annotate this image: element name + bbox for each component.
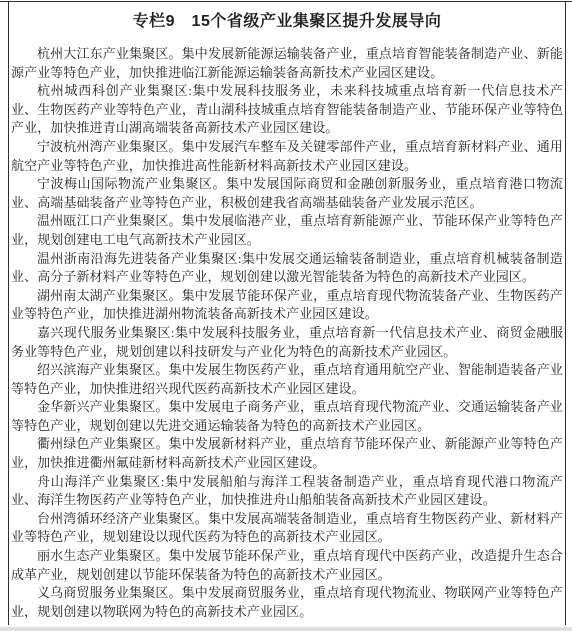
zone-paragraph: 金华新兴产业集聚区。集中发展电子商务产业，重点培育现代物流产业、交通运输装备产业… <box>11 398 563 435</box>
column-title: 专栏9 15个省级产业集聚区提升发展导向 <box>11 2 563 32</box>
zone-paragraph: 杭州城西科创产业集聚区:集中发展科技服务业，未来科技城重点培育新一代信息技术产业… <box>11 82 563 138</box>
zone-paragraph: 杭州大江东产业集聚区。集中发展新能源运输装备产业，重点培育智能装备制造产业、新能… <box>11 45 563 82</box>
zone-paragraph: 温州浙南沿海先进装备产业集聚区:集中发展交通运输装备制造业，重点培育机械装备制造… <box>11 250 563 287</box>
page-bottom-strip <box>0 627 572 631</box>
zone-paragraph: 衢州绿色产业集聚区。集中发展新材料产业，重点培育节能环保产业、新能源产业等特色产… <box>11 435 563 472</box>
box-border-right <box>565 1 566 625</box>
zone-paragraph: 湖州南太湖产业集聚区。集中发展节能环保产业，重点培育现代物流装备产业、生物医药产… <box>11 287 563 324</box>
zone-paragraph: 宁波杭州湾产业集聚区。集中发展汽车整车及关键零部件产业，重点培育新材料产业、通用… <box>11 138 563 175</box>
zone-paragraph-list: 杭州大江东产业集聚区。集中发展新能源运输装备产业，重点培育智能装备制造产业、新能… <box>11 45 563 621</box>
zone-paragraph: 绍兴滨海产业集聚区。集中发展生物医药产业，重点培育通用航空产业、智能制造装备产业… <box>11 361 563 398</box>
zone-paragraph: 义乌商贸服务业集聚区。集中发展商贸服务业，重点培育现代物流业、物联网产业等特色产… <box>11 584 563 621</box>
zone-paragraph: 温州瓯江口产业集聚区。集中发展临港产业，重点培育新能源产业、节能环保产业等特色产… <box>11 212 563 249</box>
document-page: 专栏9 15个省级产业集聚区提升发展导向 杭州大江东产业集聚区。集中发展新能源运… <box>0 0 572 631</box>
zone-paragraph: 舟山海洋产业集聚区:集中发展船舶与海洋工程装备制造产业，重点培育现代港口物流产业… <box>11 473 563 510</box>
zone-paragraph: 丽水生态产业集聚区。集中发展节能环保产业，重点培育现代中医药产业，改造提升生态合… <box>11 547 563 584</box>
zone-paragraph: 台州湾循环经济产业集聚区。集中发展高端装备制造业，重点培育生物医药产业、新材料产… <box>11 510 563 547</box>
zone-paragraph: 宁波梅山国际物流产业集聚区。集中发展国际商贸和金融创新服务业，重点培育港口物流业… <box>11 175 563 212</box>
box-border-left <box>8 1 9 625</box>
zone-paragraph: 嘉兴现代服务业集聚区:集中发展科技服务业，重点培育新一代信息技术产业、商贸金融服… <box>11 324 563 361</box>
column-box: 专栏9 15个省级产业集聚区提升发展导向 杭州大江东产业集聚区。集中发展新能源运… <box>11 2 563 621</box>
